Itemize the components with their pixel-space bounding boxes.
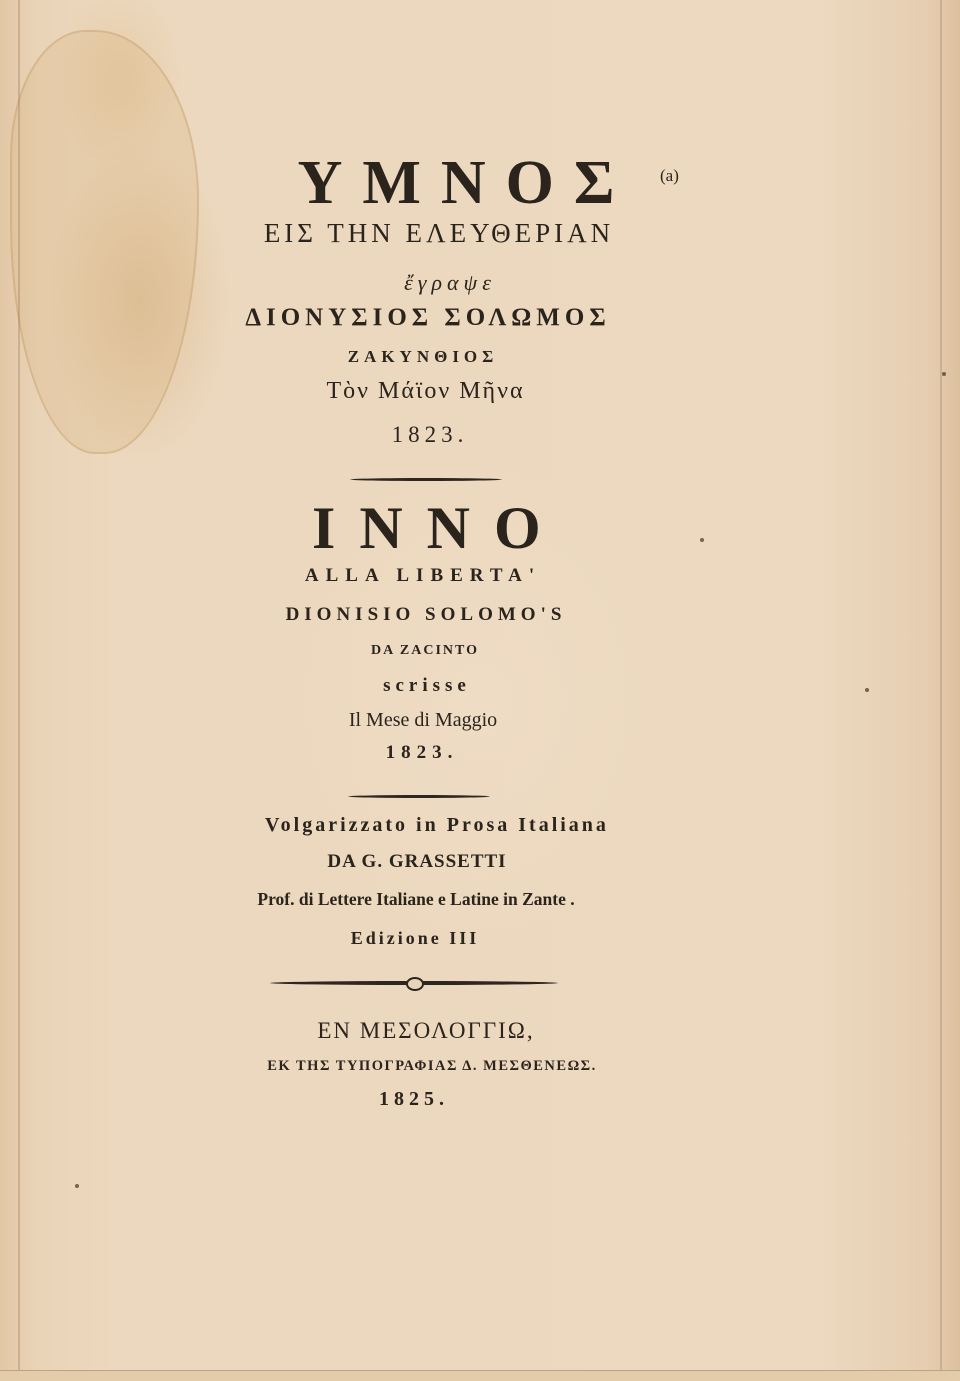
greek-date-phrase: Τὸν Μάϊον Μῆνα bbox=[318, 378, 533, 405]
ornament-knot-icon bbox=[406, 977, 424, 991]
edition-label: Edizione III bbox=[338, 928, 492, 949]
italian-date-phrase: Il Mese di Maggio bbox=[326, 709, 520, 732]
water-stain bbox=[10, 30, 199, 454]
title-page: ΥΜΝΟΣ (a) ΕΙΣ ΤΗΝ ΕΛΕΥΘΕΡΙΑΝ ἔγραψε ΔΙΟΝ… bbox=[0, 0, 960, 1381]
italian-verb: scrisse bbox=[372, 675, 482, 697]
right-page-edge bbox=[940, 0, 942, 1381]
paper-speck bbox=[865, 688, 869, 692]
greek-verb: ἔγραψε bbox=[380, 270, 520, 296]
greek-author: ΔΙΟΝΥΣΙΟΣ ΣΟΛΩΜΟΣ bbox=[228, 304, 628, 332]
greek-origin: ΖΑΚΥΝΘΙΟΣ bbox=[328, 347, 518, 367]
divider-rule bbox=[350, 478, 502, 481]
imprint-year: 1825. bbox=[364, 1088, 464, 1111]
imprint-printer: ΕΚ ΤΗΣ ΤΥΠΟΓΡΑΦΙΑΣ Δ. ΜΕΣΘΕΝΕΩΣ. bbox=[238, 1058, 626, 1075]
italian-year: 1823. bbox=[372, 742, 472, 764]
translator-title: Prof. di Lettere Italiane e Latine in Za… bbox=[196, 889, 636, 910]
translator-name: DA G. GRASSETTI bbox=[312, 851, 522, 873]
divider-rule bbox=[348, 795, 490, 798]
paper-speck bbox=[700, 538, 704, 542]
italian-subtitle: ALLA LIBERTA' bbox=[292, 565, 554, 587]
greek-subtitle: ΕΙΣ ΤΗΝ ΕΛΕΥΘΕΡΙΑΝ bbox=[248, 218, 630, 249]
translation-line: Volgarizzato in Prosa Italiana bbox=[222, 814, 652, 837]
paper-speck bbox=[942, 372, 946, 376]
italian-author: DIONISIO SOLOMO'S bbox=[268, 604, 584, 626]
italian-origin: DA ZACINTO bbox=[360, 643, 490, 659]
left-page-edge bbox=[18, 0, 20, 1381]
footnote-marker: (a) bbox=[660, 166, 679, 186]
greek-year: 1823. bbox=[380, 422, 480, 448]
greek-heading: ΥΜΝΟΣ bbox=[256, 148, 676, 219]
italian-heading: INNO bbox=[312, 494, 550, 563]
imprint-place: ΕΝ ΜΕΣΟΛΟΓΓΙΩ, bbox=[296, 1018, 556, 1044]
paper-speck bbox=[75, 1184, 79, 1188]
bottom-page-edge bbox=[0, 1370, 960, 1381]
